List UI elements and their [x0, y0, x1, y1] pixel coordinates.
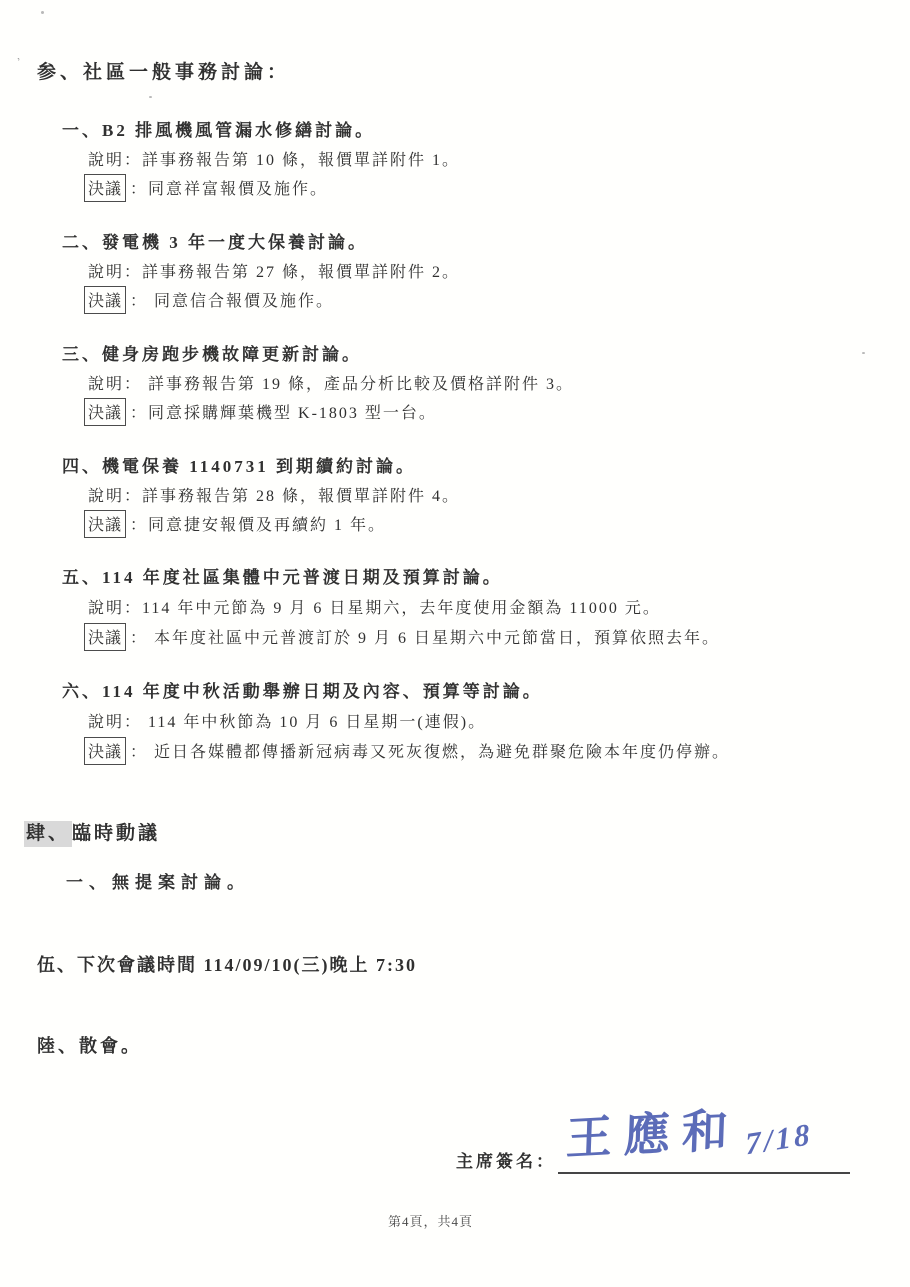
- agenda-item-4-explanation: 說明：詳事務報告第 28 條，報價單詳附件 4。: [88, 483, 460, 506]
- agenda-item-1-explanation: 說明：詳事務報告第 10 條，報價單詳附件 1。: [88, 147, 460, 170]
- section-6-heading: 陸、散會。: [37, 1032, 142, 1058]
- resolution-text: ：同意捷安報價及再續約 1 年。: [130, 517, 386, 534]
- signature-date: 7/18: [744, 1116, 813, 1162]
- agenda-item-2-resolution: 決議： 同意信合報價及施作。: [84, 286, 334, 314]
- agenda-item-5-resolution: 決議： 本年度社區中元普渡訂於 9 月 6 日星期六中元節當日，預算依照去年。: [84, 623, 720, 651]
- agenda-item-6-title: 六、114 年度中秋活動舉辦日期及內容、預算等討論。: [62, 677, 543, 702]
- resolution-text: ：同意祥富報價及施作。: [130, 181, 328, 198]
- scan-speck: [41, 11, 44, 14]
- resolution-box-label: 決議: [84, 623, 126, 651]
- agenda-item-3-explanation: 說明： 詳事務報告第 19 條，產品分析比較及價格詳附件 3。: [88, 371, 574, 394]
- resolution-text: ：同意採購輝葉機型 K-1803 型一台。: [130, 405, 437, 422]
- section-3-heading: 参、社區一般事務討論：: [37, 57, 290, 84]
- resolution-text: ： 近日各媒體都傳播新冠病毒又死灰復燃，為避免群聚危險本年度仍停辦。: [130, 744, 730, 761]
- scan-speck: ’: [16, 56, 24, 68]
- resolution-text: ： 本年度社區中元普渡訂於 9 月 6 日星期六中元節當日，預算依照去年。: [130, 630, 720, 647]
- resolution-box-label: 決議: [84, 737, 126, 765]
- highlight-mark: 肆、: [24, 821, 72, 847]
- resolution-box-label: 決議: [84, 510, 126, 538]
- agenda-item-2-title: 二、發電機 3 年一度大保養討論。: [62, 228, 368, 253]
- agenda-item-6-explanation: 說明： 114 年中秋節為 10 月 6 日星期一(連假)。: [88, 709, 486, 732]
- section-5-heading: 伍、下次會議時間 114/09/10(三)晚上 7:30: [37, 951, 417, 977]
- scan-speck: [862, 352, 865, 354]
- signature-line: [558, 1172, 850, 1174]
- scan-speck: [149, 96, 152, 98]
- agenda-item-6-resolution: 決議： 近日各媒體都傳播新冠病毒又死灰復燃，為避免群聚危險本年度仍停辦。: [84, 737, 730, 765]
- chairman-handwritten-signature: 王應和7/18: [565, 1089, 814, 1168]
- agenda-item-3-title: 三、健身房跑步機故障更新討論。: [62, 340, 362, 365]
- agenda-item-5-title: 五、114 年度社區集體中元普渡日期及預算討論。: [62, 563, 503, 588]
- resolution-box-label: 決議: [84, 286, 126, 314]
- agenda-item-1-resolution: 決議：同意祥富報價及施作。: [84, 174, 328, 202]
- agenda-item-2-explanation: 說明：詳事務報告第 27 條，報價單詳附件 2。: [88, 259, 460, 282]
- agenda-item-5-explanation: 說明：114 年中元節為 9 月 6 日星期六，去年度使用金額為 11000 元…: [88, 595, 661, 618]
- agenda-item-3-resolution: 決議：同意採購輝葉機型 K-1803 型一台。: [84, 398, 437, 426]
- resolution-box-label: 決議: [84, 398, 126, 426]
- section-4-heading-text: 臨時動議: [72, 823, 160, 844]
- chairman-signature-label: 主席簽名：: [456, 1147, 556, 1172]
- section-4-heading: 肆、臨時動議: [24, 818, 160, 845]
- page-number-indicator: 第4頁，共4頁: [388, 1211, 473, 1230]
- section-4-item: 一、無提案討論。: [66, 868, 250, 893]
- scanned-meeting-minutes-page: ’ 参、社區一般事務討論： 一、B2 排風機風管漏水修繕討論。 說明：詳事務報告…: [0, 0, 910, 1287]
- resolution-text: ： 同意信合報價及施作。: [130, 293, 334, 310]
- agenda-item-1-title: 一、B2 排風機風管漏水修繕討論。: [62, 116, 375, 141]
- signature-name: 王應和: [565, 1104, 741, 1164]
- resolution-box-label: 決議: [84, 174, 126, 202]
- agenda-item-4-title: 四、機電保養 1140731 到期續約討論。: [62, 452, 416, 477]
- agenda-item-4-resolution: 決議：同意捷安報價及再續約 1 年。: [84, 510, 386, 538]
